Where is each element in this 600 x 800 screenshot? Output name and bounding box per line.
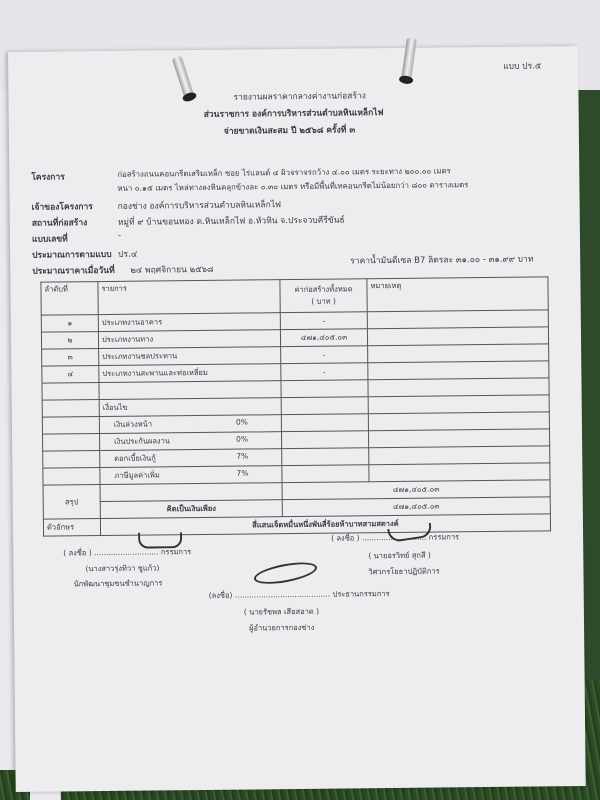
row-item: ประเภทงานทาง <box>98 330 280 349</box>
condition-value: 7% <box>236 469 248 478</box>
conditions-label: เงื่อนไข <box>99 398 281 417</box>
condition-label: ภาษีมูลค่าเพิ่ม <box>114 470 159 479</box>
project-line-2: หนา ๐.๑๕ เมตร ไหล่ทางลงหินคลุกข้างละ ๐.๓… <box>117 179 468 195</box>
estimate-form-value: ปร.๔ <box>118 247 137 261</box>
agency-line: ส่วนราชการ องค์การบริหารส่วนตำบลหินเหล็ก… <box>204 105 384 121</box>
signature-2-position: วิศวกรโยธาปฏิบัติการ <box>368 566 439 579</box>
report-title: รายงานผลราคากลางค่างานก่อสร้าง <box>233 88 366 103</box>
design-no-value: - <box>118 231 121 241</box>
row-remark <box>368 344 549 363</box>
owner-label: เจ้าของโครงการ <box>32 199 93 214</box>
row-no: ๓ <box>42 349 99 367</box>
signature-1-role: กรรมการ <box>161 547 191 556</box>
header-item: รายการ <box>98 280 280 315</box>
budget-line: จ่ายขาดเงินสะสม ปี ๒๕๖๘ ครั้งที่ ๓ <box>224 122 355 137</box>
row-no: ๑ <box>41 315 98 333</box>
signature-2-prefix: ( ลงชื่อ ) <box>331 533 360 542</box>
signature-3-name: ( นายรัชพล เสือสอาด ) <box>244 606 319 619</box>
signature-2-role: กรรมการ <box>429 532 459 541</box>
header-no: ลำดับที่ <box>41 282 98 316</box>
row-item: ประเภทงานอาคาร <box>98 313 280 332</box>
row-cost: - <box>281 346 368 364</box>
net-label: คิดเป็นเงินเพียง <box>100 500 282 519</box>
header-cost-label: ค่าก่อสร้างทั้งหมด <box>283 283 363 296</box>
signature-2-name: ( นายอรวิทย์ สุกสี ) <box>368 550 431 563</box>
condition-label: เงินประกันผลงาน <box>114 436 170 446</box>
text-amount-label: ตัวอักษร <box>43 519 100 537</box>
condition-value: 7% <box>236 452 248 461</box>
design-no-label: แบบเลขที่ <box>32 231 68 245</box>
header-cost-unit: ( บาท ) <box>284 295 364 308</box>
row-remark <box>368 361 549 380</box>
summary-label: สรุป <box>43 485 100 520</box>
condition-label: ดอกเบี้ยเงินกู้ <box>114 453 156 462</box>
row-remark <box>367 310 548 329</box>
estimate-form-label: ประมาณการตามแบบ <box>32 247 112 262</box>
condition-label: เงินล่วงหน้า <box>114 420 152 429</box>
row-cost: ๔๗๑,๔๐๕.๐๓ <box>280 329 367 347</box>
signature-1-prefix: ( ลงชื่อ ) <box>63 548 92 557</box>
row-item: ประเภทงานชลประทาน <box>99 347 281 366</box>
row-cost: - <box>281 363 368 381</box>
estimate-date-value: ๒๔ พฤศจิกายน ๒๕๖๘ <box>130 262 213 277</box>
signature-1-position: นักพัฒนาชุมชนชำนาญการ <box>74 577 163 590</box>
row-remark <box>367 327 548 346</box>
project-line-1: ก่อสร้างถนนคอนกรีตเสริมเหล็ก ซอย ไร่แลนด… <box>117 165 451 180</box>
fuel-price: ราคาน้ำมันดีเซล B7 ลิตรละ ๓๑.๐๐ - ๓๑.๙๙ … <box>350 252 533 268</box>
header-cost: ค่าก่อสร้างทั้งหมด ( บาท ) <box>280 279 367 313</box>
signature-2-line: ( ลงชื่อ ) ........................... ก… <box>331 531 459 544</box>
condition-value: 0% <box>236 418 248 427</box>
signature-3-role: ประธานกรรมการ <box>333 589 390 599</box>
cost-table: ลำดับที่ รายการ ค่าก่อสร้างทั้งหมด ( บาท… <box>40 276 551 536</box>
row-cost: - <box>280 312 367 330</box>
owner-value: กองช่าง องค์การบริหารส่วนตำบลหินเหล็กไฟ <box>118 197 282 213</box>
signature-3-position: ผู้อำนวยการกองช่าง <box>249 622 314 635</box>
project-label: โครงการ <box>31 169 65 183</box>
row-item: ประเภทงานสะพานและท่อเหลี่ยม <box>99 364 281 383</box>
signature-scribble-3 <box>252 558 318 587</box>
signature-3-prefix: (ลงชื่อ) <box>209 591 233 600</box>
signature-1-name: (นางสาวรุ่งทิวา ชูแก้ว) <box>85 562 159 575</box>
row-no: ๒ <box>41 332 98 350</box>
row-no: ๔ <box>42 366 99 384</box>
condition-value: 0% <box>236 435 248 444</box>
header-remark: หมายเหตุ <box>367 277 548 312</box>
table-header-row: ลำดับที่ รายการ ค่าก่อสร้างทั้งหมด ( บาท… <box>41 277 548 315</box>
estimate-date-label: ประมาณราคาเมื่อวันที่ <box>32 263 115 278</box>
site-label: สถานที่ก่อสร้าง <box>32 215 88 230</box>
form-code: แบบ ปร.๕ <box>503 58 541 72</box>
site-value: หมู่ที่ ๙ บ้านขอนทอง ต.หินเหล็กไฟ อ.หัวห… <box>118 212 345 228</box>
signature-3-line: (ลงชื่อ) ...............................… <box>209 588 390 602</box>
signature-1-line: ( ลงชื่อ ) ........................... ก… <box>63 546 191 559</box>
document-page: แบบ ปร.๕ รายงานผลราคากลางค่างานก่อสร้าง … <box>8 46 586 792</box>
